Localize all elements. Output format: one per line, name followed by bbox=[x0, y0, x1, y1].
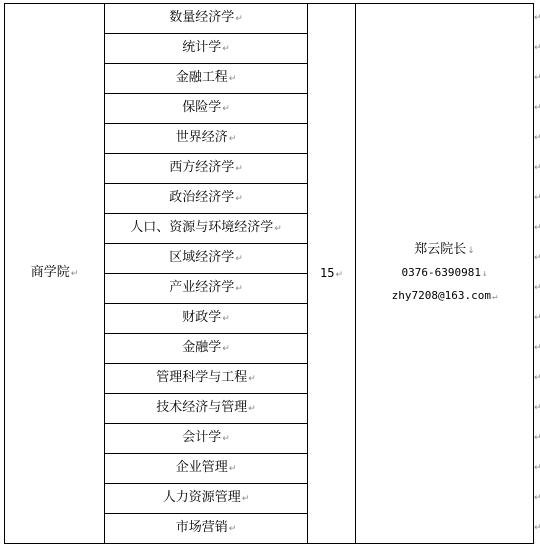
line-break-mark-icon: ↓ bbox=[467, 246, 475, 256]
table-row: 商学院↵数量经济学↵15↵郑云院长↓0376-6390981↓zhy7208@1… bbox=[5, 4, 534, 34]
row-end-mark-icon: ↵ bbox=[534, 393, 540, 423]
paragraph-mark-icon: ↵ bbox=[248, 374, 256, 384]
paragraph-mark-icon: ↵ bbox=[229, 74, 237, 84]
contact-email: zhy7208@163.com bbox=[392, 289, 491, 302]
paragraph-mark-icon: ↵ bbox=[222, 344, 230, 354]
paragraph-mark-icon: ↵ bbox=[242, 494, 250, 504]
major-cell: 政治经济学↵ bbox=[105, 184, 308, 214]
paragraph-mark-icon: ↵ bbox=[492, 292, 497, 302]
row-end-mark-icon: ↵ bbox=[534, 273, 540, 303]
major-name: 金融工程 bbox=[176, 70, 228, 85]
row-end-mark-icon: ↵ bbox=[534, 33, 540, 63]
row-end-mark-icon: ↵ bbox=[534, 333, 540, 363]
paragraph-mark-icon: ↵ bbox=[235, 254, 243, 264]
major-name: 产业经济学 bbox=[169, 280, 234, 295]
count-cell: 15↵ bbox=[308, 4, 356, 544]
contact-cell: 郑云院长↓0376-6390981↓zhy7208@163.com↵ bbox=[356, 4, 534, 544]
major-name: 人口、资源与环境经济学 bbox=[130, 220, 273, 235]
major-cell: 保险学↵ bbox=[105, 94, 308, 124]
row-end-mark-icon: ↵ bbox=[534, 423, 540, 453]
paragraph-mark-icon: ↵ bbox=[222, 314, 230, 324]
major-cell: 世界经济↵ bbox=[105, 124, 308, 154]
college-name: 商学院 bbox=[31, 265, 70, 280]
major-name: 区域经济学 bbox=[169, 250, 234, 265]
major-name: 世界经济 bbox=[176, 130, 228, 145]
major-cell: 金融学↵ bbox=[105, 334, 308, 364]
major-name: 金融学 bbox=[182, 340, 221, 355]
major-cell: 数量经济学↵ bbox=[105, 4, 308, 34]
paragraph-mark-icon: ↵ bbox=[229, 464, 237, 474]
major-name: 企业管理 bbox=[176, 460, 228, 475]
paragraph-mark-icon: ↵ bbox=[248, 404, 256, 414]
paragraph-mark-icon: ↵ bbox=[235, 284, 243, 294]
major-cell: 西方经济学↵ bbox=[105, 154, 308, 184]
major-cell: 会计学↵ bbox=[105, 424, 308, 454]
row-end-marks: ↵↵↵↵↵↵↵↵↵↵↵↵↵↵↵↵↵↵ bbox=[534, 3, 540, 543]
major-name: 财政学 bbox=[182, 310, 221, 325]
major-name: 管理科学与工程 bbox=[156, 370, 247, 385]
contact-name: 郑云院长 bbox=[414, 242, 466, 257]
major-name: 数量经济学 bbox=[169, 10, 234, 25]
major-cell: 市场营销↵ bbox=[105, 514, 308, 544]
major-name: 人力资源管理 bbox=[163, 490, 241, 505]
major-cell: 统计学↵ bbox=[105, 34, 308, 64]
major-name: 市场营销 bbox=[176, 520, 228, 535]
major-cell: 产业经济学↵ bbox=[105, 274, 308, 304]
major-cell: 企业管理↵ bbox=[105, 454, 308, 484]
paragraph-mark-icon: ↵ bbox=[235, 14, 243, 24]
major-name: 西方经济学 bbox=[169, 160, 234, 175]
paragraph-mark-icon: ↵ bbox=[235, 194, 243, 204]
college-majors-table: 商学院↵数量经济学↵15↵郑云院长↓0376-6390981↓zhy7208@1… bbox=[4, 3, 534, 544]
row-end-mark-icon: ↵ bbox=[534, 363, 540, 393]
enrollment-count: 15 bbox=[320, 266, 334, 280]
major-name: 保险学 bbox=[182, 100, 221, 115]
major-cell: 金融工程↵ bbox=[105, 64, 308, 94]
paragraph-mark-icon: ↵ bbox=[229, 134, 237, 144]
row-end-mark-icon: ↵ bbox=[534, 3, 540, 33]
paragraph-mark-icon: ↵ bbox=[229, 524, 237, 534]
row-end-mark-icon: ↵ bbox=[534, 243, 540, 273]
major-cell: 人口、资源与环境经济学↵ bbox=[105, 214, 308, 244]
row-end-mark-icon: ↵ bbox=[534, 453, 540, 483]
major-name: 会计学 bbox=[182, 430, 221, 445]
major-cell: 财政学↵ bbox=[105, 304, 308, 334]
paragraph-mark-icon: ↵ bbox=[235, 164, 243, 174]
major-cell: 管理科学与工程↵ bbox=[105, 364, 308, 394]
row-end-mark-icon: ↵ bbox=[534, 93, 540, 123]
major-cell: 区域经济学↵ bbox=[105, 244, 308, 274]
line-break-mark-icon: ↓ bbox=[482, 269, 487, 279]
row-end-mark-icon: ↵ bbox=[534, 123, 540, 153]
major-cell: 技术经济与管理↵ bbox=[105, 394, 308, 424]
paragraph-mark-icon: ↵ bbox=[71, 269, 79, 279]
paragraph-mark-icon: ↵ bbox=[222, 104, 230, 114]
major-cell: 人力资源管理↵ bbox=[105, 484, 308, 514]
row-end-mark-icon: ↵ bbox=[534, 513, 540, 543]
row-end-mark-icon: ↵ bbox=[534, 183, 540, 213]
row-end-mark-icon: ↵ bbox=[534, 153, 540, 183]
paragraph-mark-icon: ↵ bbox=[335, 270, 343, 280]
row-end-mark-icon: ↵ bbox=[534, 483, 540, 513]
contact-phone: 0376-6390981 bbox=[402, 266, 481, 279]
major-name: 政治经济学 bbox=[169, 190, 234, 205]
row-end-mark-icon: ↵ bbox=[534, 213, 540, 243]
paragraph-mark-icon: ↵ bbox=[222, 44, 230, 54]
major-name: 技术经济与管理 bbox=[156, 400, 247, 415]
paragraph-mark-icon: ↵ bbox=[274, 224, 282, 234]
college-cell: 商学院↵ bbox=[5, 4, 105, 544]
row-end-mark-icon: ↵ bbox=[534, 63, 540, 93]
paragraph-mark-icon: ↵ bbox=[222, 434, 230, 444]
major-name: 统计学 bbox=[182, 40, 221, 55]
row-end-mark-icon: ↵ bbox=[534, 303, 540, 333]
